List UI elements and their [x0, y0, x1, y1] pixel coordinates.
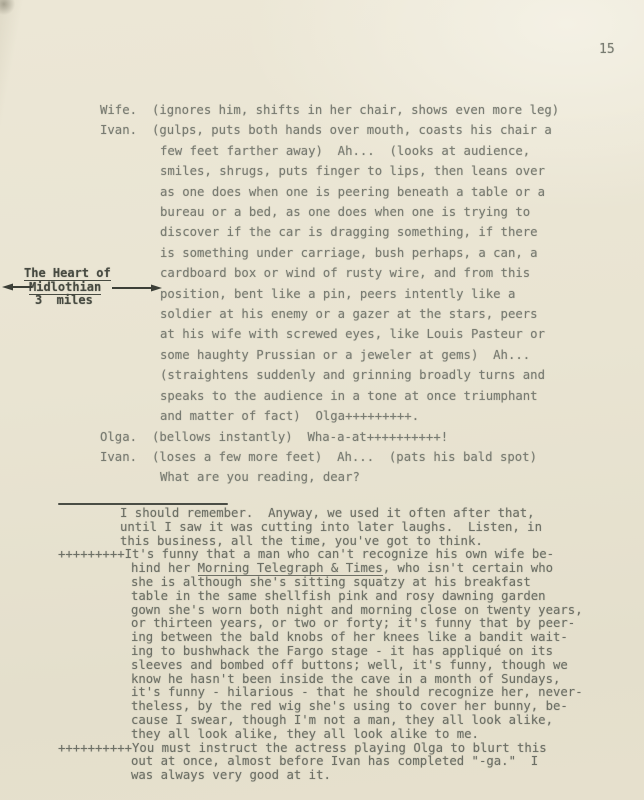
dialogue-block: Wife.(ignores him, shifts in her chair, … [100, 100, 600, 488]
footnote-line: sleeves and bombed off buttons; well, it… [131, 659, 598, 673]
underlined-newspaper-title: Morning Telegraph & Times [198, 561, 383, 576]
dialogue-text: (ignores him, shifts in her chair, shows… [152, 103, 559, 117]
dialogue-text: (loses a few more feet) Ah... (pats his … [152, 450, 537, 464]
dialogue-text: soldier at his enemy or a gazer at the s… [160, 307, 538, 321]
page-number: 15 [599, 42, 615, 57]
footnote-text: know he hasn't been inside the cave in a… [131, 672, 560, 686]
left-arrow-icon [2, 282, 32, 292]
dialogue-text: cardboard box or wind of rusty wire, and… [160, 266, 530, 280]
footnote-line: hind her Morning Telegraph & Times, who … [131, 562, 598, 576]
dialogue-line: position, bent like a pin, peers intentl… [108, 284, 600, 304]
footnote-line: +++++++++It's funny that a man who can't… [58, 548, 598, 562]
footnote-line: ing to bushwhack the Fargo stage - it ha… [131, 645, 598, 659]
footnote-text: ing between the bald knobs of her knees … [131, 630, 568, 644]
dialogue-text: some haughty Prussian or a jeweler at ge… [160, 348, 530, 362]
margin-note-title-top: The Heart of [24, 266, 111, 281]
margin-note-distance: 3 miles [35, 293, 93, 307]
dialogue-line: and matter of fact) Olga+++++++++. [108, 406, 600, 426]
dialogue-line: Olga.(bellows instantly) Wha-a-at+++++++… [100, 427, 600, 447]
footnote-line: I should remember. Anyway, we used it of… [120, 507, 598, 521]
footnote-line: out at once, almost before Ivan has comp… [131, 755, 598, 769]
dialogue-line: Ivan.(loses a few more feet) Ah... (pats… [100, 447, 600, 467]
dialogue-text: (straightens suddenly and grinning broad… [160, 368, 545, 382]
dialogue-line: is something under carriage, bush perhap… [108, 243, 600, 263]
dialogue-text: few feet farther away) Ah... (looks at a… [160, 144, 530, 158]
footnote-line: it's funny - hilarious - that he should … [131, 686, 598, 700]
dialogue-line: few feet farther away) Ah... (looks at a… [108, 141, 600, 161]
dialogue-text: discover if the car is dragging somethin… [160, 225, 538, 239]
dialogue-text: (bellows instantly) Wha-a-at++++++++++! [152, 430, 448, 444]
footnote-divider [58, 503, 228, 505]
dialogue-line: Wife.(ignores him, shifts in her chair, … [100, 100, 600, 120]
dialogue-text: position, bent like a pin, peers intentl… [160, 287, 515, 301]
footnote-text: table in the same shellfish pink and ros… [131, 589, 546, 603]
speaker-label: Olga. [100, 427, 152, 447]
footnote-text: +++++++++It's funny that a man who can't… [58, 547, 554, 561]
dialogue-line: Ivan.(gulps, puts both hands over mouth,… [100, 120, 600, 140]
dialogue-text: speaks to the audience in a tone at once… [160, 389, 538, 403]
footnote-text: out at once, almost before Ivan has comp… [131, 754, 538, 768]
dialogue-line: at his wife with screwed eyes, like Loui… [108, 324, 600, 344]
dialogue-text: smiles, shrugs, puts finger to lips, the… [160, 164, 545, 178]
footnote-text: cause I swear, though I'm not a man, the… [131, 713, 553, 727]
dialogue-text: What are you reading, dear? [160, 470, 360, 484]
footnote-line: cause I swear, though I'm not a man, the… [131, 714, 598, 728]
manuscript-page: 15 Wife.(ignores him, shifts in her chai… [0, 0, 644, 800]
footnote-text: I should remember. Anyway, we used it of… [120, 506, 535, 520]
footnote-line: ing between the bald knobs of her knees … [131, 631, 598, 645]
footnote-line: until I saw it was cutting into later la… [120, 521, 598, 535]
dialogue-text: bureau or a bed, as one does when one is… [160, 205, 530, 219]
footnote-text: ++++++++++You must instruct the actress … [58, 741, 547, 755]
dialogue-line: bureau or a bed, as one does when one is… [108, 202, 600, 222]
footnote-text: theless, by the red wig she's using to c… [131, 699, 568, 713]
margin-note-line-1: The Heart of [24, 267, 172, 281]
speaker-label: Wife. [100, 100, 152, 120]
dialogue-line: soldier at his enemy or a gazer at the s… [108, 304, 600, 324]
footnote-text: it's funny - hilarious - that he should … [131, 685, 583, 699]
footnote-line: she is although she's sitting squatzy at… [131, 576, 598, 590]
footnote-line: table in the same shellfish pink and ros… [131, 590, 598, 604]
footnote-text: she is although she's sitting squatzy at… [131, 575, 531, 589]
footnote-text: until I saw it was cutting into later la… [120, 520, 542, 534]
dialogue-text: is something under carriage, bush perhap… [160, 246, 538, 260]
footnote-line: or thirteen years, or two or forty; it's… [131, 617, 598, 631]
margin-note-line-3: 3 miles [35, 294, 172, 308]
footnote-text: gown she's worn both night and morning c… [131, 603, 583, 617]
dialogue-line: some haughty Prussian or a jeweler at ge… [108, 345, 600, 365]
footnote-text: was always very good at it. [131, 768, 331, 782]
dialogue-text: and matter of fact) Olga+++++++++. [160, 409, 419, 423]
footnote-block: I should remember. Anyway, we used it of… [58, 507, 598, 783]
footnote-line: theless, by the red wig she's using to c… [131, 700, 598, 714]
footnote-line: was always very good at it. [131, 769, 598, 783]
footnote-text: or thirteen years, or two or forty; it's… [131, 616, 575, 630]
margin-note: The Heart of Midlothian 3 miles [2, 267, 172, 317]
dialogue-text: as one does when one is peering beneath … [160, 185, 545, 199]
footnote-line: ++++++++++You must instruct the actress … [58, 742, 598, 756]
speaker-label: Ivan. [100, 120, 152, 140]
dialogue-text: (gulps, puts both hands over mouth, coas… [152, 123, 552, 137]
footnote-line: know he hasn't been inside the cave in a… [131, 673, 598, 687]
footnote-text: sleeves and bombed off buttons; well, it… [131, 658, 568, 672]
footnote-text: , who isn't certain who [383, 561, 553, 575]
footnote-text: ing to bushwhack the Fargo stage - it ha… [131, 644, 553, 658]
footnote-line: this business, all the time, you've got … [120, 535, 598, 549]
speaker-label: Ivan. [100, 447, 152, 467]
dialogue-line: (straightens suddenly and grinning broad… [108, 365, 600, 385]
footnote-text: this business, all the time, you've got … [120, 534, 483, 548]
dialogue-line: speaks to the audience in a tone at once… [108, 386, 600, 406]
dialogue-text: at his wife with screwed eyes, like Loui… [160, 327, 545, 341]
dialogue-line: smiles, shrugs, puts finger to lips, the… [108, 161, 600, 181]
footnote-text: they all look alike, they all look alike… [131, 727, 479, 741]
dialogue-line: as one does when one is peering beneath … [108, 182, 600, 202]
dialogue-line: discover if the car is dragging somethin… [108, 222, 600, 242]
footnote-line: they all look alike, they all look alike… [131, 728, 598, 742]
dialogue-line: cardboard box or wind of rusty wire, and… [108, 263, 600, 283]
right-arrow-icon [112, 283, 162, 293]
footnote-text: hind her [131, 561, 198, 575]
footnote-line: gown she's worn both night and morning c… [131, 604, 598, 618]
dialogue-line: What are you reading, dear? [108, 467, 600, 487]
